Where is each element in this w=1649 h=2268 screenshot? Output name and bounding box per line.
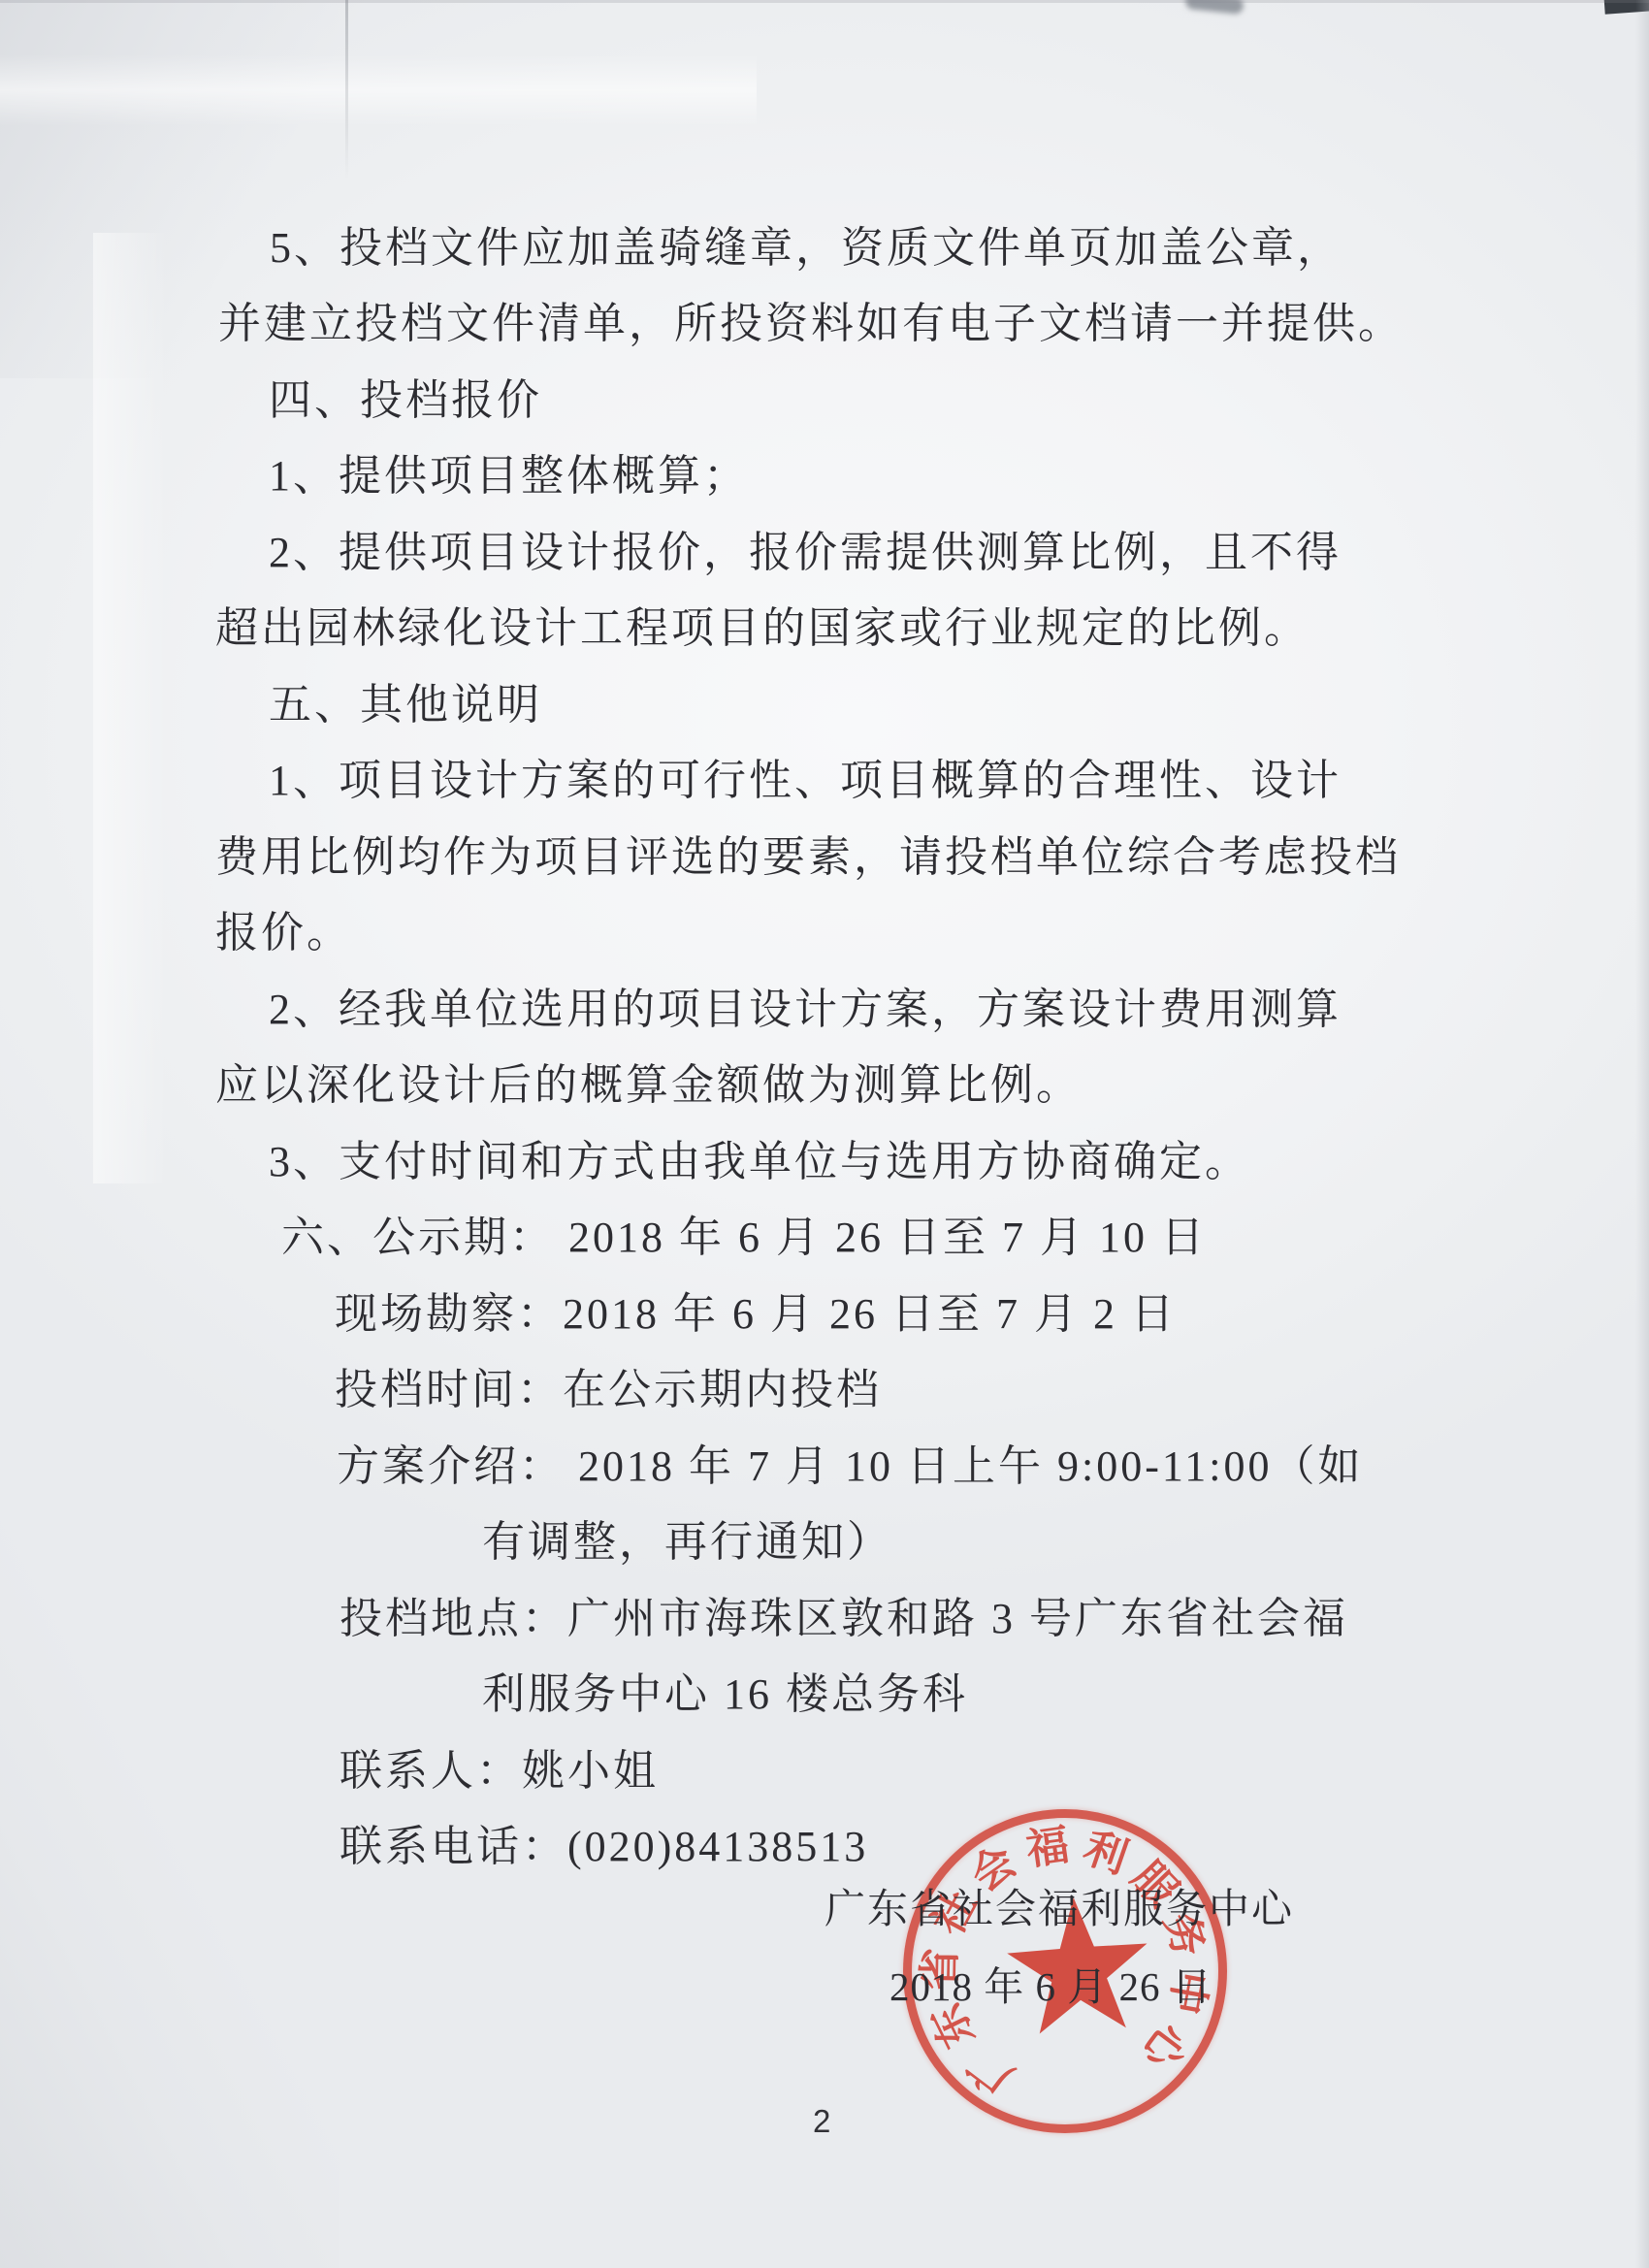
text-line: 并建立投档文件清单，所投资料如有电子文档请一并提供。 [218, 299, 1404, 349]
text-line: 5、投档文件应加盖骑缝章，资质文件单页加盖公章， [270, 223, 1342, 274]
text-line: 投档时间：在公示期内投档 [335, 1365, 882, 1415]
text-line: 2、提供项目设计报价，报价需提供测算比例，且不得 [269, 528, 1342, 578]
signature-date: 2018 年 6 月 26 日 [889, 1961, 1212, 2012]
section-heading: 四、投档报价 [269, 375, 542, 426]
text-line: 方案介绍： 2018 年 7 月 10 日上午 9:00-11:00（如 [337, 1442, 1363, 1492]
text-line: 联系电话：(020)84138513 [339, 1822, 868, 1872]
text-line: 应以深化设计后的概算金额做为测算比例。 [215, 1060, 1082, 1111]
paper-crease-bottom-left [0, 1513, 339, 2268]
section-heading: 六、公示期： 2018 年 6 月 26 日至 7 月 10 日 [281, 1213, 1207, 1263]
text-line: 报价。 [215, 908, 352, 958]
text-line: 超出园林绿化设计工程项目的国家或行业规定的比例。 [215, 603, 1309, 654]
text-line: 1、项目设计方案的可行性、项目概算的合理性、设计 [269, 756, 1342, 806]
seal-arc-char: 广 [960, 2040, 1020, 2100]
scan-edge-top [0, 0, 1649, 3]
text-line: 现场勘察：2018 年 6 月 26 日至 7 月 2 日 [335, 1289, 1177, 1340]
scanned-document-page: 广东省社会福利服务中心 5、投档文件应加盖骑缝章，资质文件单页加盖公章， 并建立… [0, 0, 1649, 2268]
paper-fold-highlight [0, 54, 757, 126]
text-line: 2、经我单位选用的项目设计方案，方案设计费用测算 [269, 985, 1342, 1035]
scan-edge-right [1635, 0, 1649, 2268]
text-line: 3、支付时间和方式由我单位与选用方协商确定。 [269, 1137, 1250, 1187]
signature-org: 广东省社会福利服务中心 [824, 1885, 1294, 1935]
paper-crease-line [345, 0, 348, 179]
text-line: 1、提供项目整体概算； [269, 451, 749, 502]
text-line: 利服务中心 16 楼总务科 [482, 1669, 968, 1720]
seal-arc-char: 福 [1023, 1824, 1072, 1872]
text-line: 联系人：姚小姐 [339, 1746, 659, 1797]
text-line: 费用比例均作为项目评选的要素，请投档单位综合考虑投档 [215, 832, 1401, 883]
seal-arc-char: 心 [1134, 2016, 1194, 2076]
page-number: 2 [813, 2103, 830, 2140]
seal-arc-char: 利 [1079, 1827, 1133, 1881]
text-line: 投档地点：广州市海珠区敦和路 3 号广东省社会福 [339, 1594, 1348, 1644]
section-heading: 五、其他说明 [269, 680, 542, 730]
paper-streak-left [93, 233, 200, 1183]
text-line: 有调整，再行通知） [482, 1517, 892, 1568]
